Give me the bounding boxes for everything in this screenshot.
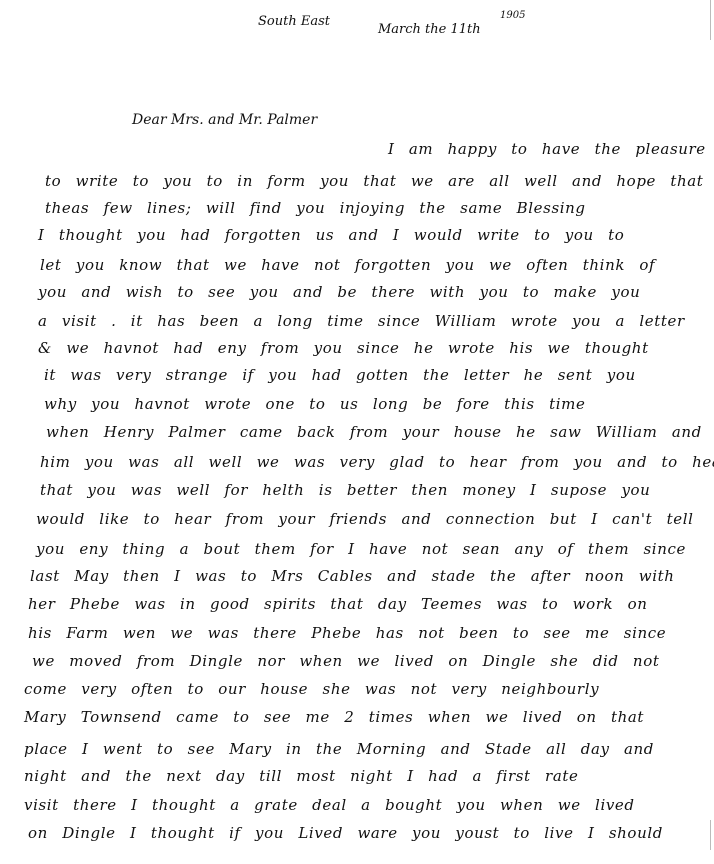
letter-place: South East <box>258 14 330 29</box>
letter-line: it was very strange if you had gotten th… <box>44 366 636 384</box>
letter-line: I am happy to have the pleasure <box>388 140 706 158</box>
letter-line: theas few lines; will find you injoying … <box>45 199 586 217</box>
letter-date: March the 11th <box>378 22 481 37</box>
letter-year: 1905 <box>500 10 525 21</box>
letter-page: South East March the 11th 1905 Dear Mrs.… <box>0 0 714 864</box>
letter-line: her Phebe was in good spirits that day T… <box>28 595 647 613</box>
letter-line: a visit . it has been a long time since … <box>38 312 685 330</box>
letter-line: you eny thing a bout them for I have not… <box>36 540 686 558</box>
letter-line: place I went to see Mary in the Morning … <box>24 740 654 758</box>
letter-line: would like to hear from your friends and… <box>36 510 694 528</box>
letter-line: visit there I thought a grate deal a bou… <box>24 796 635 814</box>
letter-line: & we havnot had eny from you since he wr… <box>38 339 649 357</box>
letter-line: him you was all well we was very glad to… <box>40 453 714 471</box>
letter-line: I thought you had forgotten us and I wou… <box>38 226 624 244</box>
letter-line: Mary Townsend came to see me 2 times whe… <box>24 708 644 726</box>
letter-line: let you know that we have not forgotten … <box>40 256 655 274</box>
letter-line: his Farm wen we was there Phebe has not … <box>28 624 666 642</box>
letter-line: last May then I was to Mrs Cables and st… <box>30 567 675 585</box>
letter-line: why you havnot wrote one to us long be f… <box>44 395 585 413</box>
letter-line: we moved from Dingle nor when we lived o… <box>32 652 659 670</box>
letter-line: night and the next day till most night I… <box>24 767 578 785</box>
scan-edge-mark <box>710 0 711 40</box>
letter-line: you and wish to see you and be there wit… <box>38 283 640 301</box>
letter-line: that you was well for helth is better th… <box>40 481 650 499</box>
letter-line: when Henry Palmer came back from your ho… <box>46 423 714 441</box>
letter-salutation: Dear Mrs. and Mr. Palmer <box>132 112 317 128</box>
letter-line: come very often to our house she was not… <box>24 680 599 698</box>
scan-edge-mark <box>710 820 711 850</box>
letter-line: to write to you to in form you that we a… <box>45 172 703 190</box>
letter-line: on Dingle I thought if you Lived ware yo… <box>28 824 663 842</box>
